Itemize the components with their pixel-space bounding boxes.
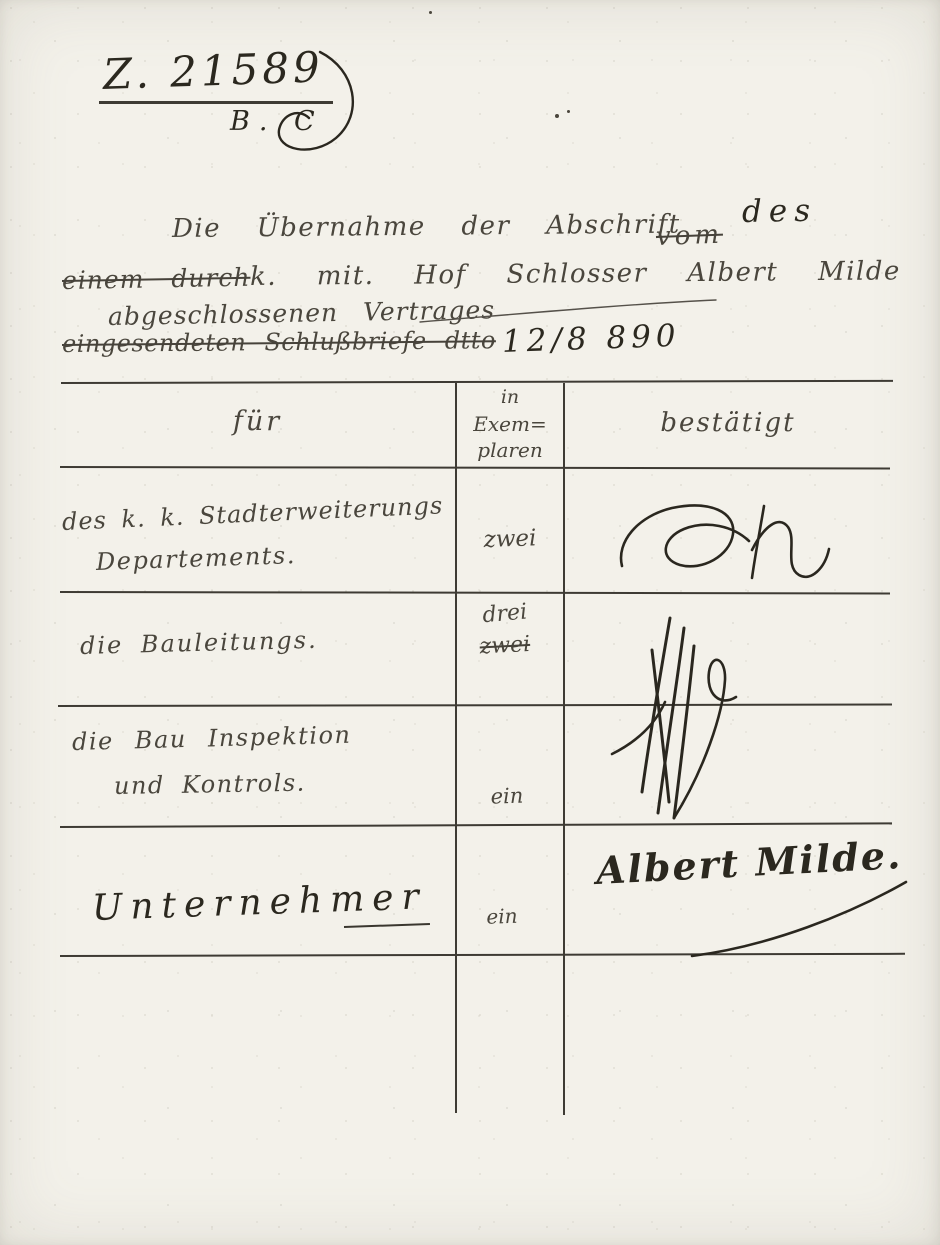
body-line2-text: k. mit. Hof Schlosser Albert Milde — [250, 256, 901, 292]
body-line1-struck-word: vom — [655, 220, 723, 252]
column-header-exemplare-line1: in — [457, 386, 563, 408]
row2-copies-new: drei — [451, 597, 559, 631]
ink-speck — [555, 114, 559, 118]
body-line4-struck-phrase: eingesendeten Schlußbriefe dtto — [62, 326, 496, 358]
row1-recipient-line2: Departements. — [96, 541, 297, 576]
table-line-top — [61, 380, 893, 384]
row2-recipient: die Bauleitungs. — [80, 626, 318, 660]
paraph-flourish — [252, 48, 372, 153]
row4-copies: ein — [452, 903, 553, 930]
body-line1-inserted-word: des — [742, 193, 818, 230]
ink-speck — [567, 110, 570, 113]
row1-recipient-line1: des k. k. Stadterweiterungs — [61, 491, 443, 536]
row4-signature-flourish — [690, 876, 910, 961]
table-row-divider-2 — [58, 704, 892, 707]
row4-unternehmer-label: Unternehmer — [91, 876, 427, 929]
body-line2-struck-phrase: einem durch — [62, 263, 251, 295]
row3-recipient-line2: und Kontrols. — [114, 769, 306, 800]
table-row-divider-3 — [60, 822, 892, 828]
row2-copies-struck: zwei — [451, 630, 558, 661]
column-header-fuer: für — [60, 406, 455, 437]
row1-signature — [612, 498, 862, 593]
row1-copies: zwei — [457, 524, 564, 554]
table-column-divider-1 — [455, 383, 457, 1113]
column-header-exemplare-line3: plaren — [457, 438, 563, 462]
body-line1-text: Die Übernahme der Abschrift — [172, 210, 681, 244]
table-line-header-bottom — [60, 466, 890, 469]
row3-recipient-line1: die Bau Inspektion — [72, 721, 352, 756]
column-header-exemplare-line2: Exem= — [457, 412, 563, 436]
row3-copies: ein — [452, 782, 563, 810]
column-header-bestaetigt: bestätigt — [565, 408, 891, 438]
row2-3-signature — [608, 606, 743, 821]
ink-speck — [429, 11, 432, 14]
document-scan: Z. 21589 B. C Die Übernahme der Abschrif… — [0, 0, 940, 1245]
unternehmer-connector-stroke — [344, 923, 430, 928]
table-column-divider-2 — [563, 383, 565, 1115]
body-line4-date: 12/8 890 — [501, 318, 681, 360]
